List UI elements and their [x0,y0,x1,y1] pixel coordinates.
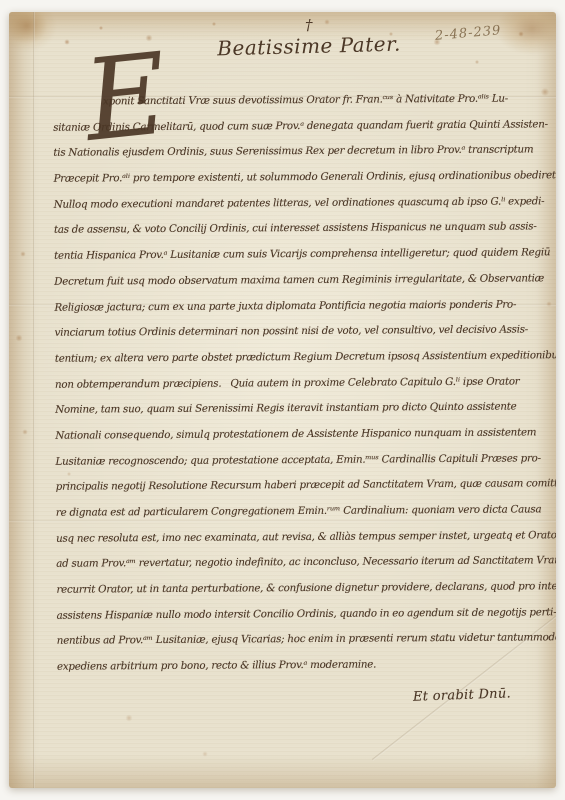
manuscript-line: recurrit Orator, ut in tanta perturbatio… [56,574,550,603]
document-photo: † 2-48-239 Beatissime Pater. E xponit Sa… [0,0,565,800]
manuscript-line: assistens Hispaniæ nullo modo intersit C… [57,600,551,629]
manuscript-line: non obtemperandum præcipiens. Quia autem… [55,369,549,398]
cross-mark: † [305,16,313,34]
stain-left-edge [9,12,37,788]
manuscript-line: tentium; ex altera vero parte obstet præ… [55,343,549,372]
manuscript-line: re dignata est ad particularem Congregat… [56,497,550,526]
manuscript-line: ad suam Prov.ᵃᵐ revertatur, negotio inde… [56,549,550,578]
manuscript-body: xponit Sanctitati Vræ suus devotissimus … [53,86,551,680]
manuscript-line: Religiosæ jactura; cum ex una parte juxt… [54,292,548,321]
salutation-heading: Beatissime Pater. [177,31,442,62]
vertical-fold-crease [33,12,35,788]
manuscript-page: † 2-48-239 Beatissime Pater. E xponit Sa… [9,12,556,788]
manuscript-line: tas de assensu, & voto Concilij Ordinis,… [54,215,548,244]
manuscript-line: Nationali consequendo, simulq protestati… [55,420,549,449]
manuscript-line: tentia Hispanica Prov.ᵃ Lusitaniæ cum su… [54,240,548,269]
manuscript-line: Lusitaniæ recognoscendo; qua protestatio… [55,446,549,475]
manuscript-line: nentibus ad Prov.ᵃᵐ Lusitaniæ, ejusq Vic… [57,626,551,655]
manuscript-line: expediens arbitrium pro bono, recto & il… [57,651,551,680]
manuscript-line: principalis negotij Resolutione Recursum… [56,472,550,501]
manuscript-line: vinciarum totius Ordinis determinari non… [55,317,549,346]
manuscript-line: Præcepit Pro.ᵃˡⁱ pro tempore existenti, … [53,163,547,192]
manuscript-line: usq nec resoluta est, imo nec examinata,… [56,523,550,552]
manuscript-line: xponit Sanctitati Vræ suus devotissimus … [53,86,547,115]
manuscript-line: Nomine, tam suo, quam sui Serenissimi Re… [55,395,549,424]
stain-bottom-edge [9,754,556,788]
archival-number: 2-48-239 [434,23,501,44]
manuscript-line: Decretum fuit usq modo observatum maxima… [54,266,548,295]
closing-formula: Et orabit Dnū. [413,686,511,704]
manuscript-line: tis Nationalis ejusdem Ordinis, suus Ser… [53,138,547,167]
manuscript-line: Nulloq modo executioni mandaret patentes… [54,189,548,218]
manuscript-line: sitaniæ Ordinis Carmelitarū, quod cum su… [53,112,547,141]
